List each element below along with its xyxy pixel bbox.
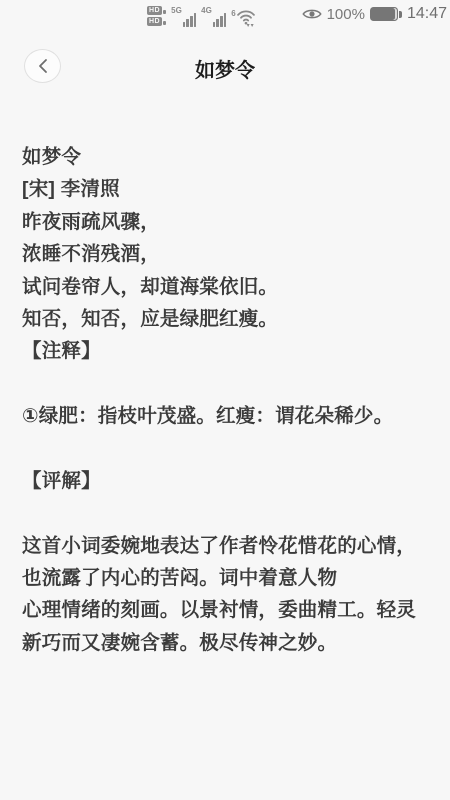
signal-bars-icon-1 [183, 5, 196, 27]
battery-percent-label: 100% [327, 6, 365, 23]
signal-4g-icon: 4G [201, 5, 226, 27]
hd-badge-row-1: HD [147, 6, 166, 15]
commentary-line: 新巧而又凄婉含蓄。极尽传神之妙。 [22, 627, 430, 659]
commentary-line: 心理情绪的刻画。以景衬情，委曲精工。轻灵 [22, 594, 430, 626]
commentary-line: 也流露了内心的苦闷。词中着意人物 [22, 562, 430, 594]
status-bar-left-cluster: HD HD 5G 4G 6 ▾▾ [147, 5, 256, 27]
hd-volte-badge-2: HD [147, 17, 162, 26]
battery-nub [399, 11, 402, 18]
notes-line: ①绿肥：指枝叶茂盛。红瘦：谓花朵稀少。 [22, 400, 430, 432]
blank-line [22, 368, 430, 400]
poem-content: 如梦令 [宋] 李清照 昨夜雨疏风骤， 浓睡不消残酒， 试问卷帘人，却道海棠依旧… [0, 98, 450, 659]
eye-protection-icon [302, 7, 322, 21]
hd-badge-row-2: HD [147, 17, 166, 26]
signal-5g-label: 5G [171, 6, 182, 15]
status-bar-clock: 14:47 [407, 5, 447, 23]
status-bar-right-cluster: 100% 14:47 [302, 5, 447, 23]
signal-5g-icon: 5G [171, 5, 196, 27]
hd-badge-sub-icon-1 [163, 10, 166, 14]
blank-line [22, 497, 430, 529]
poem-verse-line: 浓睡不消残酒， [22, 238, 430, 270]
hd-volte-badge-1: HD [147, 6, 162, 15]
commentary-line: 这首小词委婉地表达了作者怜花惜花的心情， [22, 530, 430, 562]
page-title: 如梦令 [0, 38, 450, 98]
signal-bars-icon-2 [213, 5, 226, 27]
battery-full-icon [370, 7, 402, 21]
battery-body [370, 7, 398, 21]
notes-section-header: 【注释】 [22, 335, 430, 367]
status-bar: HD HD 5G 4G 6 ▾▾ [0, 0, 450, 38]
poem-verse-line: 试问卷帘人，却道海棠依旧。 [22, 271, 430, 303]
wifi-data-arrows-icon: ▾▾ [247, 22, 255, 29]
poem-verse-line: 昨夜雨疏风骤， [22, 206, 430, 238]
commentary-section-header: 【评解】 [22, 465, 430, 497]
poem-title-line: 如梦令 [22, 141, 430, 173]
hd-badges: HD HD [147, 6, 166, 26]
poem-verse-line: 知否，知否，应是绿肥红瘦。 [22, 303, 430, 335]
signal-4g-label: 4G [201, 6, 212, 15]
blank-line [22, 433, 430, 465]
header: 如梦令 [0, 38, 450, 98]
poem-author-line: [宋] 李清照 [22, 173, 430, 205]
wifi-6-icon: 6 ▾▾ [231, 8, 255, 25]
hd-badge-sub-icon-2 [163, 21, 166, 25]
